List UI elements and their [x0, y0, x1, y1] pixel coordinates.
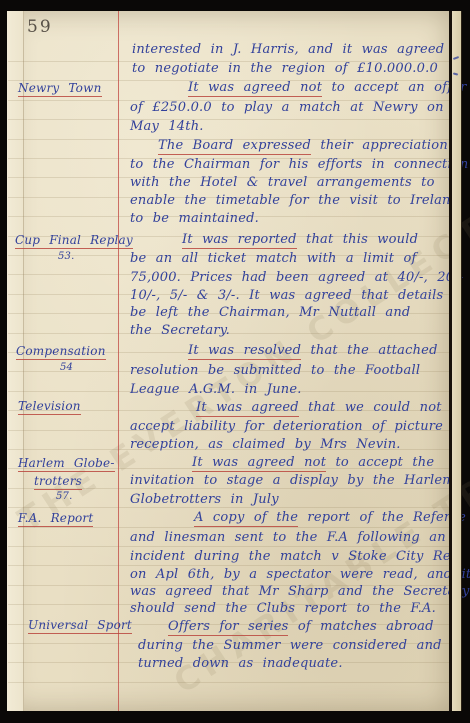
handwritten-line: resolution be submitted to the Football [130, 363, 420, 379]
handwritten-line: to be maintained. [130, 211, 259, 227]
margin-heading: Harlem Globe- [18, 455, 115, 471]
handwritten-line: accept liability for deterioration of pi… [130, 419, 443, 435]
handwritten-line: be an all ticket match with a limit of [130, 251, 417, 267]
handwritten-line: It was resolved that the attached [188, 343, 438, 359]
margin-heading-label: F.A. Report [18, 511, 93, 527]
red-underlined-phrase: It was agreed [196, 400, 299, 417]
red-underlined-phrase: Offers for series [168, 619, 288, 636]
handwritten-line: 75,000. Prices had been agreed at 40/-, … [130, 270, 463, 286]
margin-heading: Compensation [16, 343, 106, 359]
feint-rule [8, 546, 449, 547]
handwritten-line: to the Chairman for his efforts in conne… [130, 157, 468, 173]
margin-heading: trotters [34, 473, 82, 489]
handwritten-line: Globetrotters in July [130, 492, 279, 508]
handwritten-line: Offers for series of matches abroad [168, 619, 434, 635]
page-gutter-edge [7, 11, 24, 711]
handwritten-line: 10/-, 5/- & 3/-. It was agreed that deta… [130, 288, 443, 304]
handwritten-line: incident during the match v Stoke City R… [130, 549, 458, 565]
page-number: 59 [27, 17, 53, 37]
red-underlined-phrase: A copy of the [194, 510, 298, 527]
handwritten-line: be left the Chairman, Mr Nuttall and [130, 305, 410, 321]
red-margin-rule [118, 11, 119, 711]
handwritten-line: with the Hotel & travel arrangements to [130, 175, 435, 191]
handwritten-line: and linesman sent to the F.A following a… [130, 530, 446, 546]
red-underlined-phrase: It was agreed not [188, 80, 322, 97]
handwritten-line: League A.G.M. in June. [130, 382, 302, 398]
margin-heading: Universal Sport [28, 617, 132, 633]
margin-heading-label: Compensation [16, 344, 106, 360]
handwritten-line: It was agreed not to accept the [192, 455, 434, 471]
red-underlined-phrase: It was agreed not [192, 455, 326, 472]
margin-heading: F.A. Report [18, 510, 93, 526]
handwritten-line: of £250.0.0 to play a match at Newry on [130, 100, 444, 116]
margin-heading-label: trotters [34, 474, 82, 490]
handwritten-line: was agreed that Mr Sharp and the Secreta… [130, 584, 470, 600]
handwritten-line: to negotiate in the region of £10.000.0.… [132, 61, 438, 77]
minute-book-photo: THE EVERTON COLLECTION CHARITABLE TRUST … [0, 0, 470, 723]
minute-item-number: 54 [60, 360, 73, 376]
handwritten-line: turned down as inadequate. [138, 656, 343, 672]
handwritten-line: It was agreed that we could not [196, 400, 442, 416]
margin-heading-label: Harlem Globe- [18, 456, 115, 472]
handwritten-line: on Apl 6th, by a spectator were read, an… [130, 567, 470, 583]
handwritten-line: reception, as claimed by Mrs Nevin. [130, 437, 401, 453]
margin-heading-label: Television [18, 399, 81, 415]
handwritten-line: A copy of the report of the Referee [194, 510, 466, 526]
red-underlined-phrase: It was reported [182, 232, 297, 249]
minute-item-number: 57. [56, 489, 73, 505]
handwritten-line: May 14th. [130, 119, 204, 135]
handwritten-line: The Board expressed their appreciation [158, 138, 448, 154]
adjacent-page-writing-fragment [453, 56, 459, 60]
handwritten-line: during the Summer were considered and [138, 638, 442, 654]
adjacent-page-edge [452, 11, 462, 711]
handwritten-line: invitation to stage a display by the Har… [130, 473, 455, 489]
margin-heading: Television [18, 398, 81, 414]
handwritten-line: should send the Clubs report to the F.A. [130, 601, 436, 617]
margin-heading-label: Cup Final Replay [15, 233, 133, 249]
minute-item-number: 53. [58, 249, 75, 265]
handwritten-line: It was agreed not to accept an offer [188, 80, 467, 96]
handwritten-line: the Secretary. [130, 323, 230, 339]
red-underlined-phrase: It was resolved [188, 343, 301, 360]
handwritten-line: It was reported that this would [182, 232, 418, 248]
margin-heading: Cup Final Replay [15, 232, 133, 248]
feint-rule [8, 682, 449, 683]
margin-heading-label: Universal Sport [28, 618, 132, 634]
adjacent-page-writing-fragment [453, 72, 458, 75]
margin-heading-label: Newry Town [18, 81, 102, 97]
margin-heading: Newry Town [18, 80, 102, 96]
feint-rule [8, 119, 449, 120]
handwritten-line: enable the timetable for the visit to Ir… [130, 193, 459, 209]
red-underlined-phrase: The Board expressed [158, 138, 311, 155]
handwritten-line: interested in J. Harris, and it was agre… [132, 42, 444, 58]
